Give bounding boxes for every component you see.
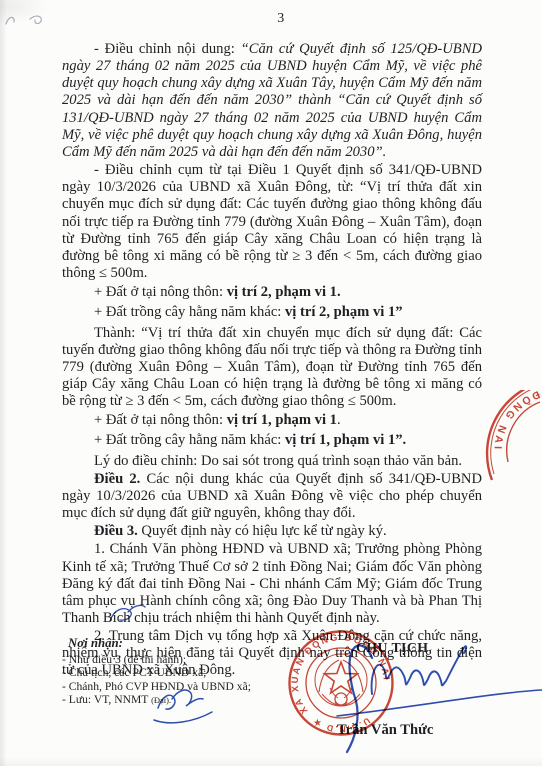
article-2: Điều 2. Các nội dung khác của Quyết định…	[62, 471, 482, 522]
document-body: - Điều chỉnh nội dung: “Căn cứ Quyết địn…	[62, 41, 482, 681]
recipient-item-text: - Lưu: VT, NNMT	[62, 693, 151, 706]
page-number: 3	[0, 11, 542, 27]
quoted-text: “Căn cứ Quyết định số 125/QĐ-UBND ngày 2…	[62, 41, 482, 160]
recipient-item: - Như điều 3 (để thi hành);	[62, 653, 292, 666]
article-3-label: Điều 3.	[94, 523, 138, 539]
item-value: vị trí 2, phạm vi 1”	[285, 304, 403, 320]
pencil-mark-icon	[2, 6, 52, 32]
edge-seal-arc-text: ĐỒNG NAI	[491, 390, 541, 453]
article-3-text: Quyết định này có hiệu lực kể từ ngày ký…	[138, 523, 387, 539]
item-label: + Đất trồng cây hằng năm khác:	[94, 432, 285, 448]
item-tail: .	[337, 412, 341, 428]
item-rural-land-old: + Đất ở tại nông thôn: vị trí 2, phạm vi…	[62, 284, 482, 301]
paragraph-replacement: Thành: “Vị trí thửa đất xin chuyển mục đ…	[62, 325, 482, 411]
item-value: vị trí 2, phạm vi 1.	[227, 284, 341, 300]
paragraph-intro: - Điều chỉnh nội dung:	[94, 41, 241, 57]
item-label: + Đất trồng cây hằng năm khác:	[94, 304, 285, 320]
edge-seal-stamp-icon: ĐỒNG NAI	[482, 390, 542, 515]
initial-mark-icon	[150, 682, 220, 727]
item-value: vị trí 1, phạm vi 1	[227, 412, 337, 428]
paragraph-reason: Lý do điều chỉnh: Do sai sót trong quá t…	[62, 453, 482, 470]
item-crop-land-old: + Đất trồng cây hằng năm khác: vị trí 2,…	[62, 304, 482, 321]
article-2-label: Điều 2.	[94, 471, 140, 487]
item-value: vị trí 1, phạm vi 1”.	[285, 432, 406, 448]
article-3: Điều 3. Quyết định này có hiệu lực kể từ…	[62, 523, 482, 540]
item-crop-land-new: + Đất trồng cây hằng năm khác: vị trí 1,…	[62, 432, 482, 449]
document-page: 3 - Điều chỉnh nội dung: “Căn cứ Quyết đ…	[0, 0, 542, 766]
signature-stroke-icon	[280, 625, 542, 760]
paraph-mark-icon	[104, 602, 149, 628]
item-label: + Đất ở tại nông thôn:	[94, 412, 227, 428]
paragraph-adjust-content: - Điều chỉnh nội dung: “Căn cứ Quyết địn…	[62, 41, 482, 161]
paragraph-adjust-phrase: - Điều chỉnh cụm từ tại Điều 1 Quyết địn…	[62, 162, 482, 282]
item-label: + Đất ở tại nông thôn:	[94, 284, 227, 300]
item-rural-land-new: + Đất ở tại nông thôn: vị trí 1, phạm vi…	[62, 412, 482, 429]
recipient-item: - Chủ tịch, các PCT UBND xã;	[62, 666, 292, 679]
recipients-heading: Nơi nhận:	[68, 636, 292, 651]
svg-text:ĐỒNG NAI: ĐỒNG NAI	[491, 390, 541, 453]
